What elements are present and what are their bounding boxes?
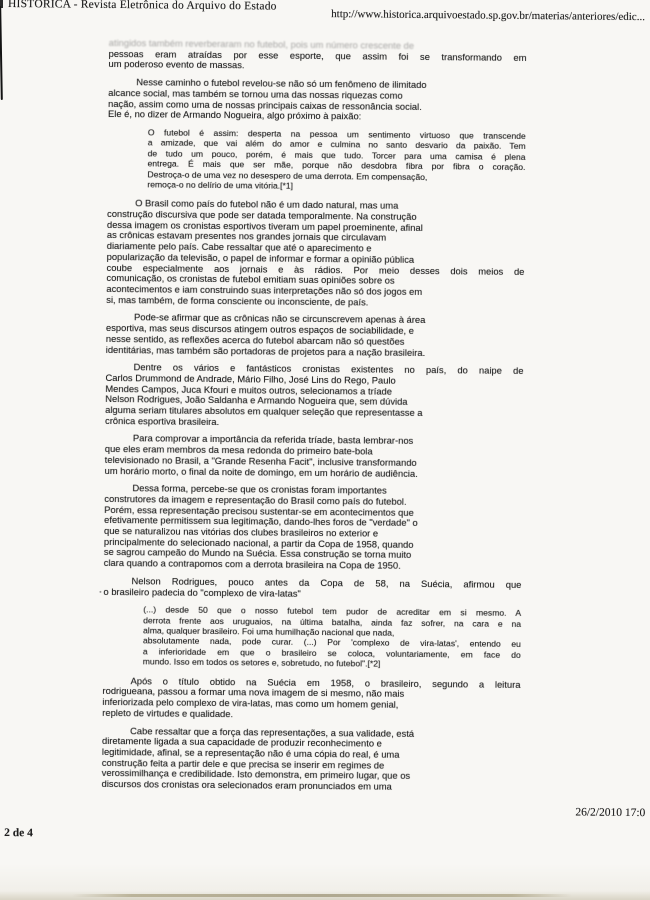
paragraph: Dessa forma, percebe-se que os cronistas… [104, 483, 523, 573]
quote-block: O futebol é assim: desperta na pessoa um… [147, 127, 526, 193]
paragraph: Nelson Rodrigues, pouco antes da Copa de… [103, 576, 521, 601]
paragraph: Nesse caminho o futebol revelou-se não s… [108, 77, 526, 124]
paragraph: atingidos também reverberaram no futebol… [108, 38, 526, 74]
paragraph: Cabe ressaltar que a força das represent… [102, 725, 521, 793]
paragraph: Dentre os vários e fantásticos cronistas… [105, 362, 524, 430]
page-content-tilted: HISTÓRICA - Revista Eletrônica do Arquiv… [0, 0, 650, 900]
print-header-title: HISTÓRICA - Revista Eletrônica do Arquiv… [8, 0, 277, 13]
paragraph: Para comprovar a importância da referida… [105, 433, 523, 480]
text-line: remoça-o no delírio de uma vitória.[*1] [147, 179, 525, 193]
paragraph: Pode-se afirmar que as crônicas não se c… [106, 312, 524, 359]
paragraph: O Brasil como país do futebol não é um d… [106, 198, 525, 309]
print-footer-timestamp: 26/2/2010 17:0 [575, 806, 645, 819]
page-bottom-fade [0, 891, 650, 900]
paragraph: Após o título obtido na Suécia em 1958, … [102, 676, 520, 723]
print-footer-page-number: 2 de 4 [4, 827, 33, 839]
quote-block: (...) desde 50 que o nosso futebol tem p… [143, 605, 522, 671]
article-text: atingidos também reverberaram no futebol… [101, 38, 526, 801]
print-header-url: http://www.historica.arquivoestado.sp.go… [331, 8, 645, 23]
scan-speck-artifact [99, 591, 101, 593]
scanned-document-page: HISTÓRICA - Revista Eletrônica do Arquiv… [0, 0, 650, 900]
